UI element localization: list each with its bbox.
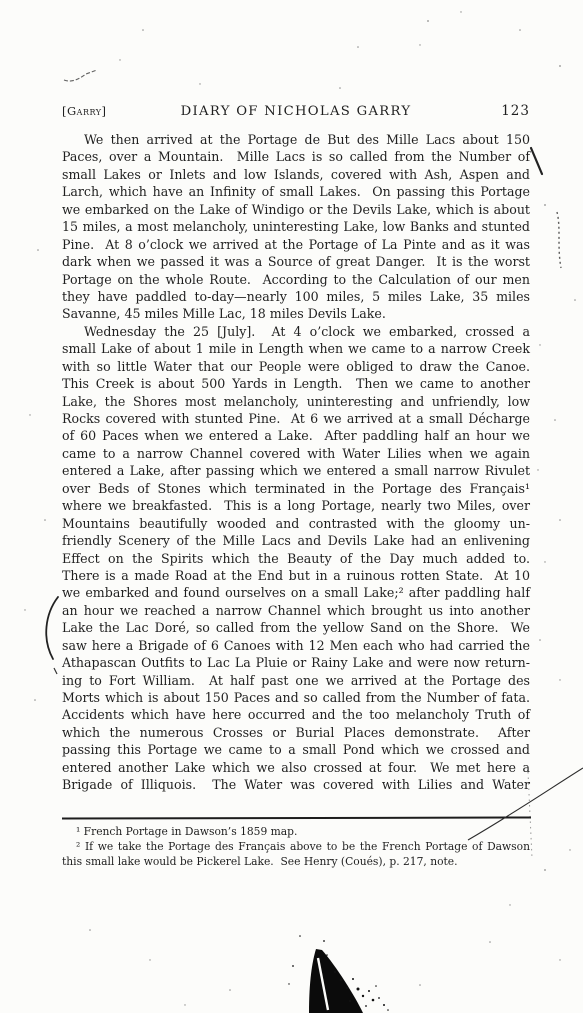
text-line: where we breakfasted. This is a long Por… xyxy=(62,497,530,514)
text-line: We then arrived at the Portage de But de… xyxy=(62,131,530,148)
footnote-separator-rule xyxy=(62,817,531,820)
footnote-line: ¹ French Portage in Dawson’s 1859 map. xyxy=(62,824,530,839)
page-number: 123 xyxy=(420,103,530,119)
text-line: of 60 Paces when we entered a Lake. Afte… xyxy=(62,427,530,444)
text-line: Savanne, 45 miles Mille Lac, 18 miles De… xyxy=(62,305,530,322)
body-text: We then arrived at the Portage de But de… xyxy=(62,131,530,794)
text-line: Rocks covered with stunted Pine. At 6 we… xyxy=(62,410,530,427)
text-line: which the numerous Crosses or Burial Pla… xyxy=(62,724,530,741)
text-line: 15 miles, a most melancholy, uninteresti… xyxy=(62,218,530,235)
text-line: Lake the Lac Doré, so called from the ye… xyxy=(62,619,530,636)
footnote-line: ² If we take the Portage des Français ab… xyxy=(62,839,530,854)
text-line: entered another Lake which we also cross… xyxy=(62,759,530,776)
text-line: Mountains beautifully wooded and contras… xyxy=(62,515,530,532)
text-line: There is a made Road at the End but in a… xyxy=(62,567,530,584)
text-line: Brigade of Illiquois. The Water was cove… xyxy=(62,776,530,793)
slash-stroke-mark xyxy=(531,148,542,174)
text-line: Portage on the whole Route. According to… xyxy=(62,271,530,288)
text-line: came to a narrow Channel covered with Wa… xyxy=(62,445,530,462)
text-line: dark when we passed it was a Source of g… xyxy=(62,253,530,270)
text-line: This Creek is about 500 Yards in Length.… xyxy=(62,375,530,392)
ink-blot-mark xyxy=(309,949,363,1013)
text-line: they have paddled to-day—nearly 100 mile… xyxy=(62,288,530,305)
footnote-line: this small lake would be Pickerel Lake. … xyxy=(62,854,530,869)
footnotes: ¹ French Portage in Dawson’s 1859 map.² … xyxy=(62,824,530,870)
ink-spray-marks xyxy=(288,935,389,1011)
dotted-squiggle-mark xyxy=(557,212,561,268)
text-line: friendly Scenery of the Mille Lacs and D… xyxy=(62,532,530,549)
text-line: small Lakes or Inlets and low Islands, c… xyxy=(62,166,530,183)
running-header-title: DIARY OF NICHOLAS GARRY xyxy=(172,104,420,119)
text-line: an hour we reached a narrow Channel whic… xyxy=(62,602,530,619)
text-line: Effect on the Spirits which the Beauty o… xyxy=(62,550,530,567)
text-line: small Lake of about 1 mile in Length whe… xyxy=(62,340,530,357)
scanned-book-page: [Garry] DIARY OF NICHOLAS GARRY 123 We t… xyxy=(0,0,583,1013)
text-line: Pine. At 8 o’clock we arrived at the Por… xyxy=(62,236,530,253)
text-line: ing to Fort William. At half past one we… xyxy=(62,672,530,689)
text-line: over Beds of Stones which terminated in … xyxy=(62,480,530,497)
text-line: with so little Water that our People wer… xyxy=(62,358,530,375)
text-line: Morts which is about 150 Paces and so ca… xyxy=(62,689,530,706)
ink-blot-slash-mark xyxy=(318,958,328,1010)
margin-parenthesis-tail-mark xyxy=(54,668,57,674)
text-line: Larch, which have an Infinity of small L… xyxy=(62,183,530,200)
margin-parenthesis-mark xyxy=(46,597,58,659)
running-header: [Garry] DIARY OF NICHOLAS GARRY 123 xyxy=(62,103,530,119)
text-line: passing this Portage we came to a small … xyxy=(62,741,530,758)
text-line: Accidents which have here occurred and t… xyxy=(62,706,530,723)
pencil-squiggle-mark xyxy=(64,70,97,81)
text-line: Paces, over a Mountain. Mille Lacs is so… xyxy=(62,148,530,165)
text-line: entered a Lake, after passing which we e… xyxy=(62,462,530,479)
text-line: we embarked on the Lake of Windigo or th… xyxy=(62,201,530,218)
text-line: saw here a Brigade of 6 Canoes with 12 M… xyxy=(62,637,530,654)
text-line: Athapascan Outfits to Lac La Pluie or Ra… xyxy=(62,654,530,671)
text-line: we embarked and found ourselves on a sma… xyxy=(62,584,530,601)
running-header-left: [Garry] xyxy=(62,104,172,118)
text-line: Lake, the Shores most melancholy, uninte… xyxy=(62,393,530,410)
text-line: Wednesday the 25 [July]. At 4 o’clock we… xyxy=(62,323,530,340)
